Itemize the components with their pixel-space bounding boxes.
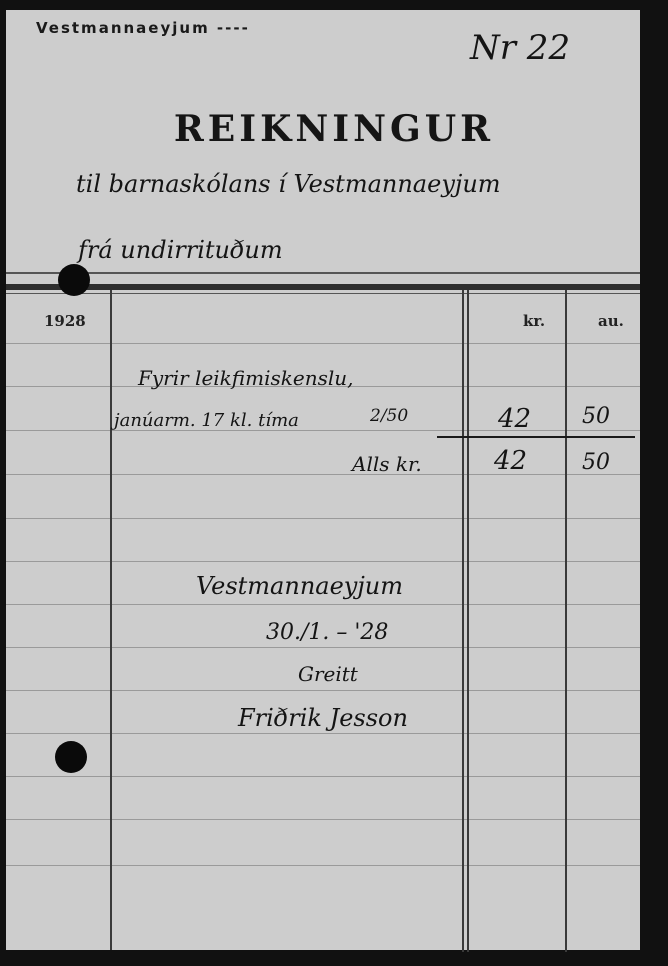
ruled-line [6, 776, 640, 777]
header-rule-thin-bottom [6, 293, 640, 294]
ruled-line [6, 518, 640, 519]
ruled-line [6, 604, 640, 605]
column-divider-date [110, 290, 112, 950]
item-kr: 42 [498, 404, 531, 434]
ruled-line [6, 733, 640, 734]
total-kr: 42 [494, 446, 527, 476]
item-rate: 2/50 [370, 406, 408, 426]
kr-header: kr. [523, 312, 545, 330]
item-au: 50 [582, 404, 610, 429]
ruled-line [6, 647, 640, 648]
invoice-paper [6, 10, 640, 950]
ruled-line [6, 474, 640, 475]
column-divider-kr-au [565, 290, 567, 952]
column-divider-amount-1 [462, 290, 464, 952]
signature-date: 30./1. – '28 [266, 620, 388, 645]
header-rule-thin-top [6, 272, 640, 274]
punch-hole-bottom [55, 741, 87, 773]
ruled-line [6, 430, 640, 431]
year-header: 1928 [44, 312, 86, 330]
ruled-line [6, 819, 640, 820]
column-divider-amount-2 [467, 290, 469, 952]
au-header: au. [598, 312, 624, 330]
invoice-number: Nr 22 [470, 28, 570, 68]
signature-name: Friðrik Jesson [238, 704, 408, 732]
sender-line: frá undirrituðum [78, 236, 283, 264]
item-description-2: janúarm. 17 kl. tíma [114, 410, 299, 431]
recipient-line: til barnaskólans í Vestmannaeyjum [76, 170, 501, 198]
ruled-line [6, 865, 640, 866]
sum-underline [437, 436, 635, 438]
header-rule-thick [6, 284, 640, 290]
ruled-line [6, 561, 640, 562]
ruled-line [6, 343, 640, 344]
punch-hole-top [58, 264, 90, 296]
letterhead-city: Vestmannaeyjum ---- [36, 19, 250, 37]
total-label: Alls kr. [352, 452, 422, 476]
item-description-1: Fyrir leikfimiskenslu, [138, 366, 354, 390]
document-title: REIKNINGUR [0, 108, 668, 150]
signature-place: Vestmannaeyjum [196, 572, 403, 600]
ruled-line [6, 690, 640, 691]
total-au: 50 [582, 450, 610, 475]
paid-stamp: Greitt [298, 662, 358, 686]
